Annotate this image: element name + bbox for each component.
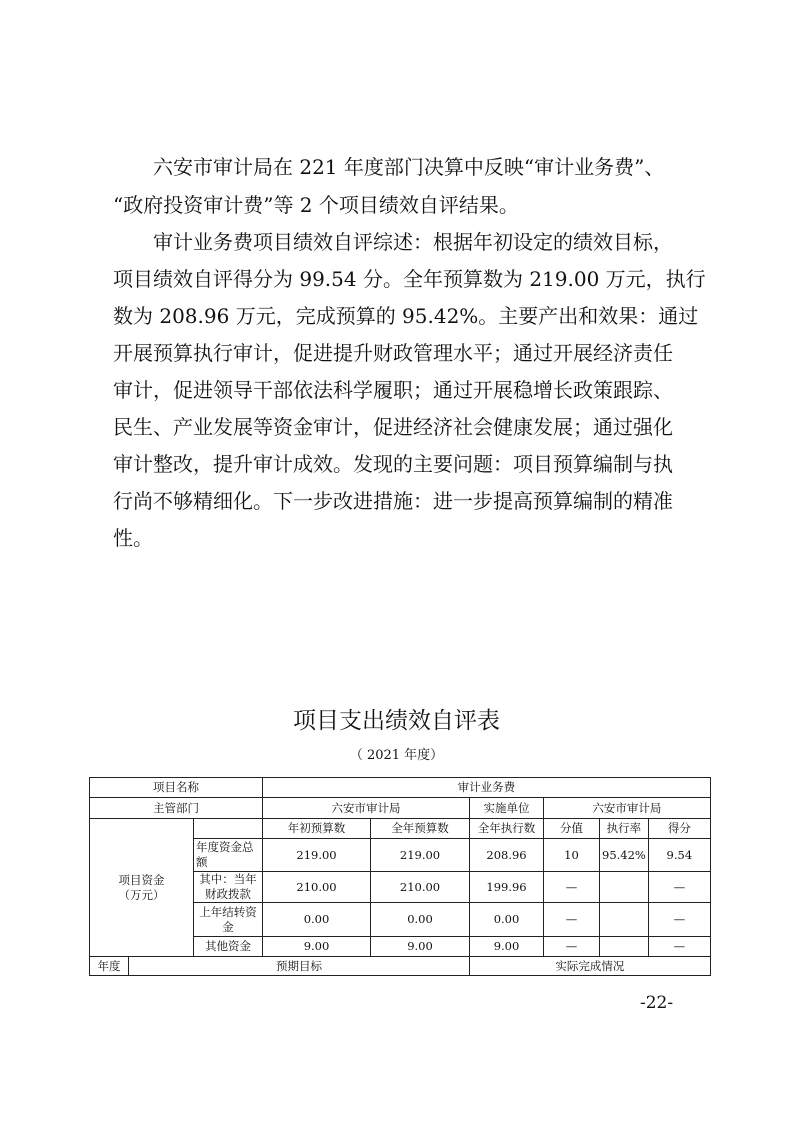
expected-goal-label: 预期目标 bbox=[129, 957, 470, 976]
header-execution-rate: 执行率 bbox=[600, 819, 649, 839]
paragraph-2-line-1: 审计业务费项目绩效自评综述：根据年初设定的绩效目标， bbox=[113, 230, 693, 254]
header-score: 得分 bbox=[648, 819, 710, 839]
cell-score-value: — bbox=[544, 937, 600, 957]
empty-header-cell bbox=[194, 819, 263, 839]
project-name-value: 审计业务费 bbox=[263, 778, 711, 798]
paragraph-2-line-5: 审计，促进领导干部依法科学履职；通过开展稳增长政策跟踪、 bbox=[113, 378, 693, 402]
actual-completion-label: 实际完成情况 bbox=[470, 957, 711, 976]
table-row-headers: 项目资金 （万元） 年初预算数 全年预算数 全年执行数 分值 执行率 得分 bbox=[90, 819, 711, 839]
cell-rate bbox=[600, 872, 649, 903]
row-label: 年度资金总额 bbox=[194, 839, 263, 872]
cell-executed: 9.00 bbox=[470, 937, 544, 957]
row-label: 上年结转资金 bbox=[194, 903, 263, 937]
paragraph-1-line-2: “政府投资审计费”等 2 个项目绩效自评结果。 bbox=[113, 193, 693, 217]
cell-initial: 210.00 bbox=[263, 872, 371, 903]
page-number: -22- bbox=[640, 992, 673, 1014]
table-subtitle: （ 2021 年度） bbox=[0, 747, 793, 765]
year-label: 年度 bbox=[90, 957, 129, 976]
header-annual-budget: 全年预算数 bbox=[371, 819, 470, 839]
table-row-project-name: 项目名称 审计业务费 bbox=[90, 778, 711, 798]
table-row-goals-header: 年度 预期目标 实际完成情况 bbox=[90, 957, 711, 976]
cell-score-value: — bbox=[544, 872, 600, 903]
cell-annual: 219.00 bbox=[371, 839, 470, 872]
cell-initial: 9.00 bbox=[263, 937, 371, 957]
project-funds-label: 项目资金 （万元） bbox=[90, 819, 194, 957]
paragraph-2-line-8: 行尚不够精细化。下一步改进措施：进一步提高预算编制的精准 bbox=[113, 489, 693, 513]
header-annual-executed: 全年执行数 bbox=[470, 819, 544, 839]
cell-rate bbox=[600, 903, 649, 937]
cell-annual: 210.00 bbox=[371, 872, 470, 903]
header-score-value: 分值 bbox=[544, 819, 600, 839]
cell-score: — bbox=[648, 903, 710, 937]
cell-executed: 199.96 bbox=[470, 872, 544, 903]
cell-score: 9.54 bbox=[648, 839, 710, 872]
paragraph-1-line-1: 六安市审计局在 221 年度部门决算中反映“审计业务费”、 bbox=[113, 155, 693, 179]
cell-initial: 0.00 bbox=[263, 903, 371, 937]
table-title: 项目支出绩效自评表 bbox=[0, 706, 793, 736]
paragraph-2-line-2: 项目绩效自评得分为 99.54 分。全年预算数为 219.00 万元，执行 bbox=[113, 267, 693, 291]
department-value: 六安市审计局 bbox=[263, 798, 470, 819]
project-name-label: 项目名称 bbox=[90, 778, 263, 798]
paragraph-2-line-9: 性。 bbox=[113, 526, 693, 550]
row-label: 其他资金 bbox=[194, 937, 263, 957]
paragraph-2-line-4: 开展预算执行审计，促进提升财政管理水平；通过开展经济责任 bbox=[113, 341, 693, 365]
paragraph-2-line-6: 民生、产业发展等资金审计，促进经济社会健康发展；通过强化 bbox=[113, 415, 693, 439]
cell-score-value: — bbox=[544, 903, 600, 937]
cell-annual: 9.00 bbox=[371, 937, 470, 957]
paragraph-2-line-7: 审计整改，提升审计成效。发现的主要问题：项目预算编制与执 bbox=[113, 452, 693, 476]
cell-executed: 208.96 bbox=[470, 839, 544, 872]
implementing-unit-value: 六安市审计局 bbox=[544, 798, 711, 819]
cell-rate: 95.42% bbox=[600, 839, 649, 872]
cell-annual: 0.00 bbox=[371, 903, 470, 937]
table-row-department: 主管部门 六安市审计局 实施单位 六安市审计局 bbox=[90, 798, 711, 819]
performance-self-evaluation-table: 项目名称 审计业务费 主管部门 六安市审计局 实施单位 六安市审计局 项目资金 … bbox=[89, 777, 711, 976]
row-label: 其中：当年财政拨款 bbox=[194, 872, 263, 903]
cell-rate bbox=[600, 937, 649, 957]
department-label: 主管部门 bbox=[90, 798, 263, 819]
cell-score: — bbox=[648, 937, 710, 957]
project-funds-label-line-2: （万元） bbox=[92, 888, 191, 903]
implementing-unit-label: 实施单位 bbox=[470, 798, 544, 819]
paragraph-2-line-3: 数为 208.96 万元，完成预算的 95.42%。主要产出和效果：通过 bbox=[113, 304, 693, 328]
cell-executed: 0.00 bbox=[470, 903, 544, 937]
cell-initial: 219.00 bbox=[263, 839, 371, 872]
header-initial-budget: 年初预算数 bbox=[263, 819, 371, 839]
project-funds-label-line-1: 项目资金 bbox=[92, 873, 191, 888]
cell-score: — bbox=[648, 872, 710, 903]
cell-score-value: 10 bbox=[544, 839, 600, 872]
